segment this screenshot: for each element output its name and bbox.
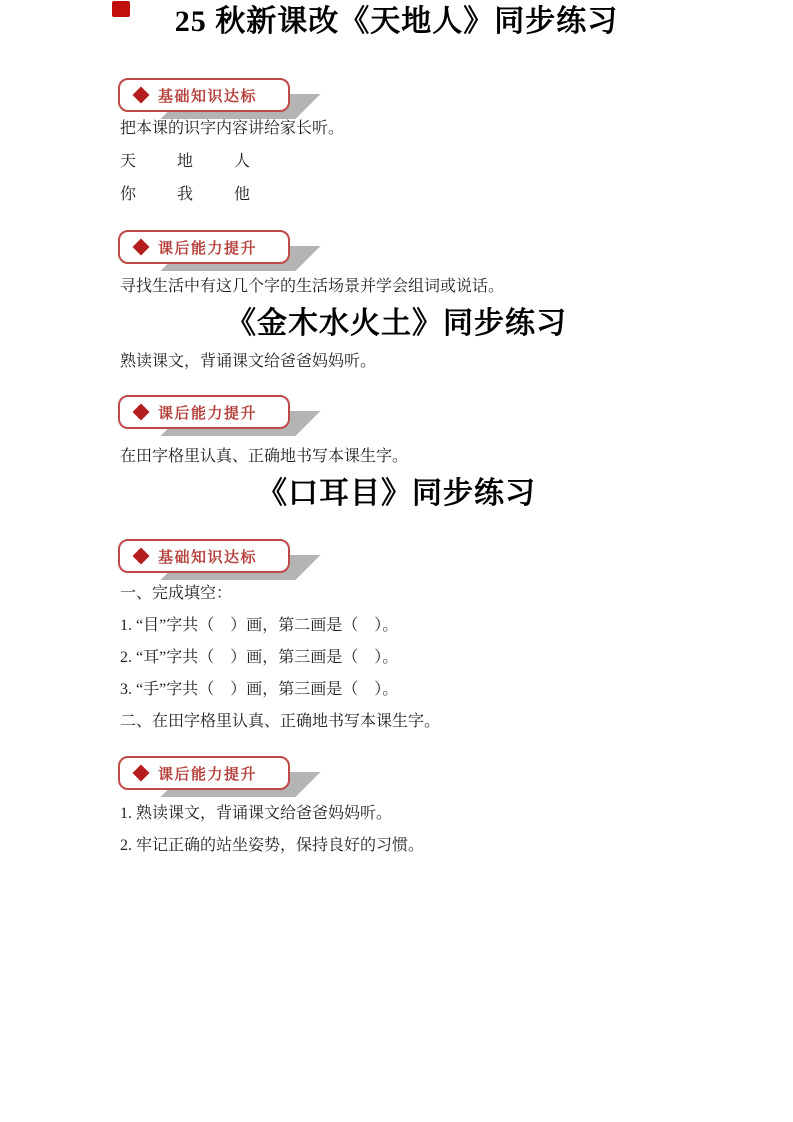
question-line: 3. “手”字共（ ）画，第三画是（ ）。 <box>120 674 793 706</box>
char-cell: 人 <box>234 145 291 178</box>
badge-label: 课后能力提升 <box>158 237 257 258</box>
badge-label: 课后能力提升 <box>158 763 257 784</box>
badge-basic-knowledge: 基础知识达标 <box>118 539 290 573</box>
task-text: 熟读课文，背诵课文给爸爸妈妈听。 <box>120 345 793 378</box>
char-cell: 天 <box>120 145 177 178</box>
badge-box: 基础知识达标 <box>118 539 290 573</box>
section-tiandiren: 25 秋新课改《天地人》同步练习 基础知识达标 把本课的识字内容讲给家长听。 天… <box>0 0 793 303</box>
worksheet-page: { "colors": { "marker_red": "#c1100c", "… <box>0 0 793 1122</box>
section-jinmushuihuotu: 《金木水火土》同步练习 熟读课文，背诵课文给爸爸妈妈听。 课后能力提升 在田字格… <box>0 303 793 473</box>
badge-basic-knowledge: 基础知识达标 <box>118 78 290 112</box>
char-grid-row: 你我他 <box>120 178 793 211</box>
badge-box: 课后能力提升 <box>118 756 290 790</box>
badge-box: 课后能力提升 <box>118 230 290 264</box>
section-title: 《口耳目》同步练习 <box>0 473 793 515</box>
diamond-icon <box>133 765 150 782</box>
task-text: 2. 牢记正确的站坐姿势，保持良好的习惯。 <box>120 830 793 862</box>
char-cell: 地 <box>177 145 234 178</box>
char-grid-row: 天地人 <box>120 145 793 178</box>
char-cell: 你 <box>120 178 177 211</box>
section-kouermu: 《口耳目》同步练习 基础知识达标 一、完成填空： 1. “目”字共（ ）画，第二… <box>0 473 793 862</box>
char-cell: 我 <box>177 178 234 211</box>
char-cell: 他 <box>234 178 291 211</box>
section-title: 《金木水火土》同步练习 <box>0 303 793 345</box>
badge-label: 基础知识达标 <box>158 546 257 567</box>
badge-after-class: 课后能力提升 <box>118 395 290 429</box>
red-square-marker-icon <box>112 1 130 17</box>
question-line: 1. “目”字共（ ）画，第二画是（ ）。 <box>120 610 793 642</box>
diamond-icon <box>133 548 150 565</box>
diamond-icon <box>133 404 150 421</box>
diamond-icon <box>133 239 150 256</box>
diamond-icon <box>133 87 150 104</box>
task-text: 1. 熟读课文，背诵课文给爸爸妈妈听。 <box>120 798 793 830</box>
badge-after-class: 课后能力提升 <box>118 230 290 264</box>
badge-after-class: 课后能力提升 <box>118 756 290 790</box>
question-line: 一、完成填空： <box>120 578 793 610</box>
question-line: 2. “耳”字共（ ）画，第三画是（ ）。 <box>120 642 793 674</box>
question-line: 二、在田字格里认真、正确地书写本课生字。 <box>120 706 793 738</box>
badge-label: 课后能力提升 <box>158 402 257 423</box>
task-text: 寻找生活中有这几个字的生活场景并学会组词或说话。 <box>120 270 793 303</box>
badge-box: 课后能力提升 <box>118 395 290 429</box>
badge-label: 基础知识达标 <box>158 85 257 106</box>
badge-box: 基础知识达标 <box>118 78 290 112</box>
task-text: 在田字格里认真、正确地书写本课生字。 <box>120 440 793 473</box>
